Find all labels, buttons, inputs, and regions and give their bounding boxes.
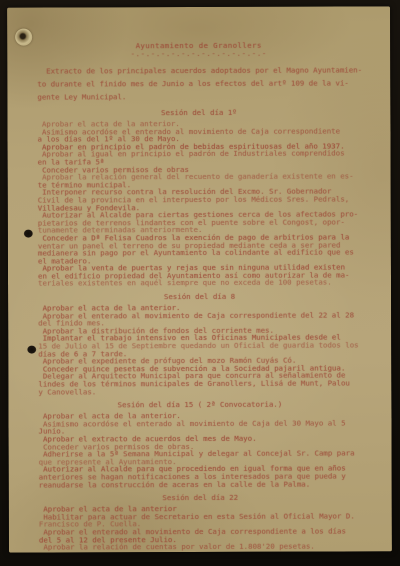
document-text: Ayuntamiento de Granollers -.-.-.-.-.-.-…: [7, 6, 392, 552]
document-page: Ayuntamiento de Granollers -.-.-.-.-.-.-…: [7, 6, 392, 552]
intro-line: gente Ley Municipal.: [37, 89, 390, 103]
document-line: reanudarse la construcción de aceras en …: [39, 480, 392, 489]
intro-paragraph: Extracto de los principales acuerdos ado…: [37, 63, 390, 103]
session-heading: Sesión del día 8: [38, 292, 361, 301]
intro-line: Extracto de los principales acuerdos ado…: [37, 63, 390, 77]
document-line: Aprobar la relación de cuentas por valor…: [39, 542, 392, 551]
session-heading: Sesión del día 15 ( 2ª Convocatoria.): [38, 401, 361, 410]
sessions-container: Sesión del día 1º Aprobar el acta de la …: [37, 108, 392, 551]
session-heading: Sesión del día 1º: [37, 108, 360, 117]
document-line: teriales existentes en aquél siempre que…: [38, 279, 391, 288]
document-line: y Canovellas.: [38, 387, 391, 396]
title-underline: -.-.-.-.-.-.-.-.-.-.-.-.-.-: [7, 49, 390, 57]
session-heading: Sesión del día 22: [39, 494, 362, 503]
intro-line: to durante el finido mes de Junio a los …: [37, 76, 390, 90]
